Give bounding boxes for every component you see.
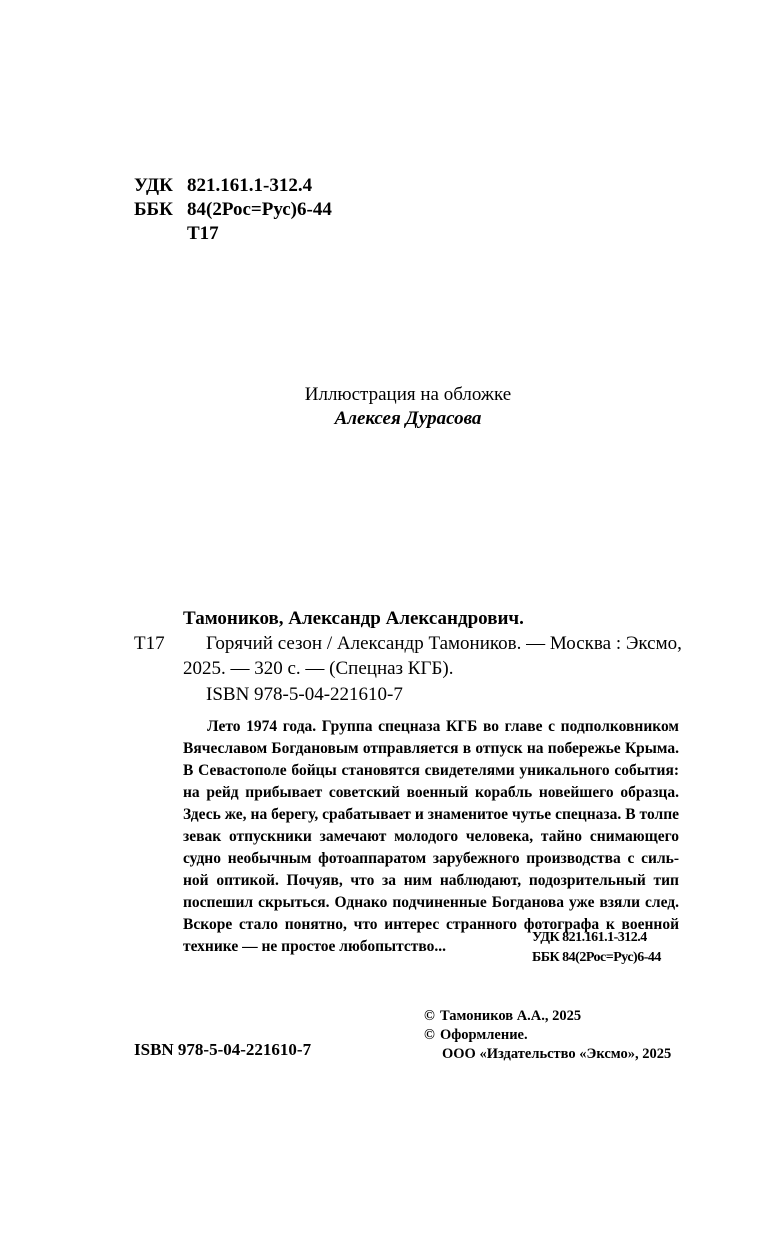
copyright-author: ©Тамоников А.А., 2025 <box>424 1006 581 1026</box>
copyright-icon: © <box>424 1025 440 1045</box>
author-mark: Т17 <box>187 222 219 246</box>
bbk-label: ББК <box>134 198 187 222</box>
annotation-line: Вячеславом Богдановым отправляется в отп… <box>183 738 679 760</box>
bbk-line: ББК84(2Рос=Рус)6-44 <box>134 198 332 222</box>
small-udk: УДК 821.161.1-312.4 <box>532 928 647 948</box>
annotation-line: В Севастополе бойцы становятся свидетеля… <box>183 760 679 782</box>
copyright-design-text: Оформление. <box>440 1027 528 1043</box>
copyright-publisher: ООО «Издательство «Эксмо», 2025 <box>424 1044 671 1064</box>
annotation-line: ной оптикой. Почуяв, что за ним наблюдаю… <box>183 870 679 892</box>
copyright-publisher-text: ООО «Издательство «Эксмо», 2025 <box>442 1046 671 1062</box>
annotation-line: Здесь же, на берегу, срабатывает и знаме… <box>183 804 679 826</box>
bib-imprint-line: 2025. — 320 с. — (Спецназ КГБ). <box>183 656 453 681</box>
bib-title-line: Горячий сезон / Александр Тамоников. — М… <box>206 631 682 656</box>
annotation-line: Лето 1974 года. Группа спецназа КГБ во г… <box>183 716 679 738</box>
bib-isbn: ISBN 978-5-04-221610-7 <box>206 682 403 707</box>
udk-label: УДК <box>134 174 187 198</box>
udk-line: УДК821.161.1-312.4 <box>134 174 312 198</box>
annotation-line: на рейд прибывает советский военный кора… <box>183 782 679 804</box>
annotation-line: зевак отпускники замечают молодого челов… <box>183 826 679 848</box>
copyright-icon: © <box>424 1006 440 1026</box>
bib-author-mark: Т17 <box>134 631 165 656</box>
copyright-author-text: Тамоников А.А., 2025 <box>440 1008 581 1024</box>
annotation-line: судно необычным фотоаппаратом зарубежног… <box>183 848 679 870</box>
copyright-design: ©Оформление. <box>424 1025 528 1045</box>
bib-author: Тамоников, Александр Александрович. <box>183 606 524 631</box>
illustration-caption: Иллюстрация на обложке <box>248 383 568 407</box>
udk-value: 821.161.1-312.4 <box>187 175 312 196</box>
annotation: Лето 1974 года. Группа спецназа КГБ во г… <box>183 716 679 958</box>
illustration-artist: Алексея Дурасова <box>248 407 568 431</box>
small-bbk: ББК 84(2Рос=Рус)6-44 <box>532 948 661 968</box>
footer-isbn: ISBN 978-5-04-221610-7 <box>134 1040 311 1060</box>
bbk-value: 84(2Рос=Рус)6-44 <box>187 199 332 220</box>
annotation-line: поспешил скрыться. Однако подчиненные Бо… <box>183 892 679 914</box>
illustration-credit: Иллюстрация на обложке Алексея Дурасова <box>248 383 568 431</box>
